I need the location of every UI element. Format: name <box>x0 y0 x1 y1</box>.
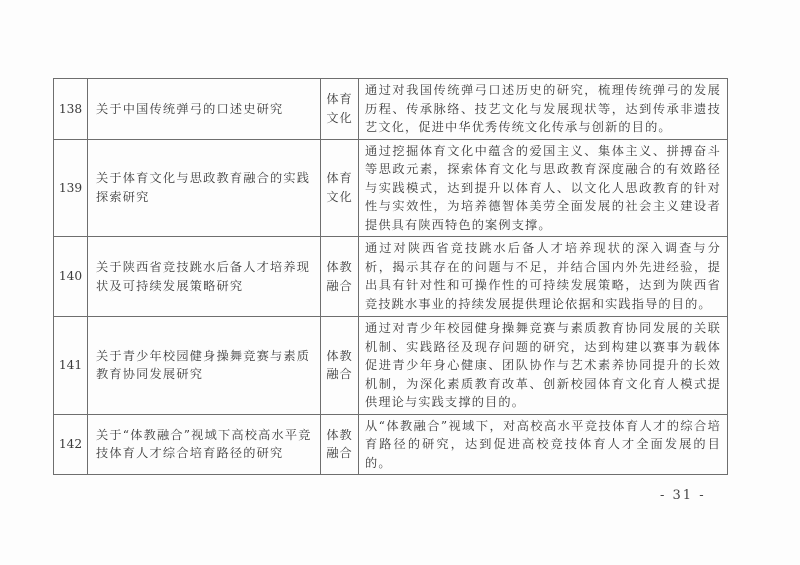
category-line: 文化 <box>321 188 358 207</box>
row-number: 141 <box>54 317 88 415</box>
project-title: 关于青少年校园健身操舞竞赛与素质教育协同发展研究 <box>88 317 321 415</box>
research-projects-table: 138 关于中国传统弹弓的口述史研究 体育 文化 通过对我国传统弹弓口述历史的研… <box>53 78 728 475</box>
category-line: 融合 <box>321 277 358 296</box>
project-category: 体教 融合 <box>321 237 359 317</box>
category-line: 体教 <box>321 258 358 277</box>
row-number: 142 <box>54 414 88 475</box>
category-line: 文化 <box>321 109 358 128</box>
project-title: 关于体育文化与思政教育融合的实践探索研究 <box>88 139 321 237</box>
table-row: 141 关于青少年校园健身操舞竞赛与素质教育协同发展研究 体教 融合 通过对青少… <box>54 317 728 415</box>
project-description: 从“体教融合”视域下，对高校高水平竞技体育人才的综合培育路径的研究，达到促进高校… <box>359 414 728 475</box>
project-description: 通过对青少年校园健身操舞竞赛与素质教育协同发展的关联机制、实践路径及现存问题的研… <box>359 317 728 415</box>
category-line: 融合 <box>321 444 358 463</box>
project-category: 体育 文化 <box>321 139 359 237</box>
table-row: 139 关于体育文化与思政教育融合的实践探索研究 体育 文化 通过挖掘体育文化中… <box>54 139 728 237</box>
row-number: 140 <box>54 237 88 317</box>
project-category: 体教 融合 <box>321 414 359 475</box>
project-title: 关于陕西省竞技跳水后备人才培养现状及可持续发展策略研究 <box>88 237 321 317</box>
category-line: 融合 <box>321 365 358 384</box>
page-number: - 31 - <box>660 488 706 503</box>
project-description: 通过对陕西省竞技跳水后备人才培养现状的深入调查与分析，揭示其存在的问题与不足，并… <box>359 237 728 317</box>
category-line: 体教 <box>321 347 358 366</box>
project-description: 通过对我国传统弹弓口述历史的研究，梳理传统弹弓的发展历程、传承脉络、技艺文化与发… <box>359 79 728 140</box>
category-line: 体育 <box>321 90 358 109</box>
row-number: 139 <box>54 139 88 237</box>
table-row: 140 关于陕西省竞技跳水后备人才培养现状及可持续发展策略研究 体教 融合 通过… <box>54 237 728 317</box>
project-category: 体育 文化 <box>321 79 359 140</box>
project-category: 体教 融合 <box>321 317 359 415</box>
row-number: 138 <box>54 79 88 140</box>
project-title: 关于“体教融合”视域下高校高水平竞技体育人才综合培育路径的研究 <box>88 414 321 475</box>
table-row: 142 关于“体教融合”视域下高校高水平竞技体育人才综合培育路径的研究 体教 融… <box>54 414 728 475</box>
project-title: 关于中国传统弹弓的口述史研究 <box>88 79 321 140</box>
category-line: 体教 <box>321 426 358 445</box>
category-line: 体育 <box>321 169 358 188</box>
table-row: 138 关于中国传统弹弓的口述史研究 体育 文化 通过对我国传统弹弓口述历史的研… <box>54 79 728 140</box>
project-description: 通过挖掘体育文化中蕴含的爱国主义、集体主义、拼搏奋斗等思政元素，探索体育文化与思… <box>359 139 728 237</box>
